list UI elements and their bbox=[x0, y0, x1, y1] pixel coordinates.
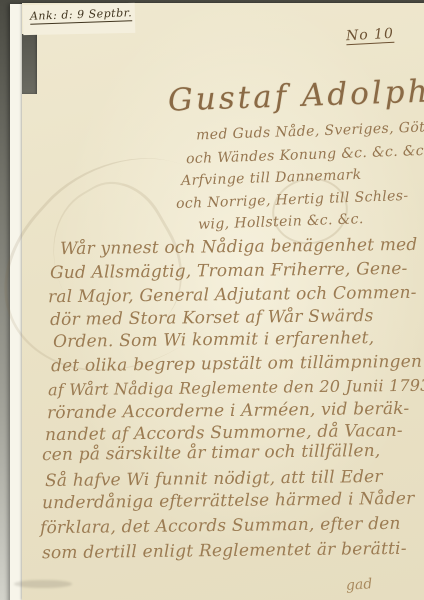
body-line: Så hafve Wi funnit nödigt, att till Eder bbox=[45, 467, 383, 491]
torn-corner-notch bbox=[22, 34, 37, 94]
body-line: dör med Stora Korset af Wår Swärds bbox=[50, 306, 374, 330]
body-line: cen på särskilte år timar och tillfällen… bbox=[42, 441, 381, 465]
body-line: Orden. Som Wi kommit i erfarenhet, bbox=[53, 328, 375, 352]
document-number: No 10 bbox=[346, 26, 395, 45]
manuscript-scan: Ank: d: 9 Septbr. No 10 Gustaf Adolph me… bbox=[0, 0, 424, 600]
catchword: gad bbox=[345, 576, 372, 594]
